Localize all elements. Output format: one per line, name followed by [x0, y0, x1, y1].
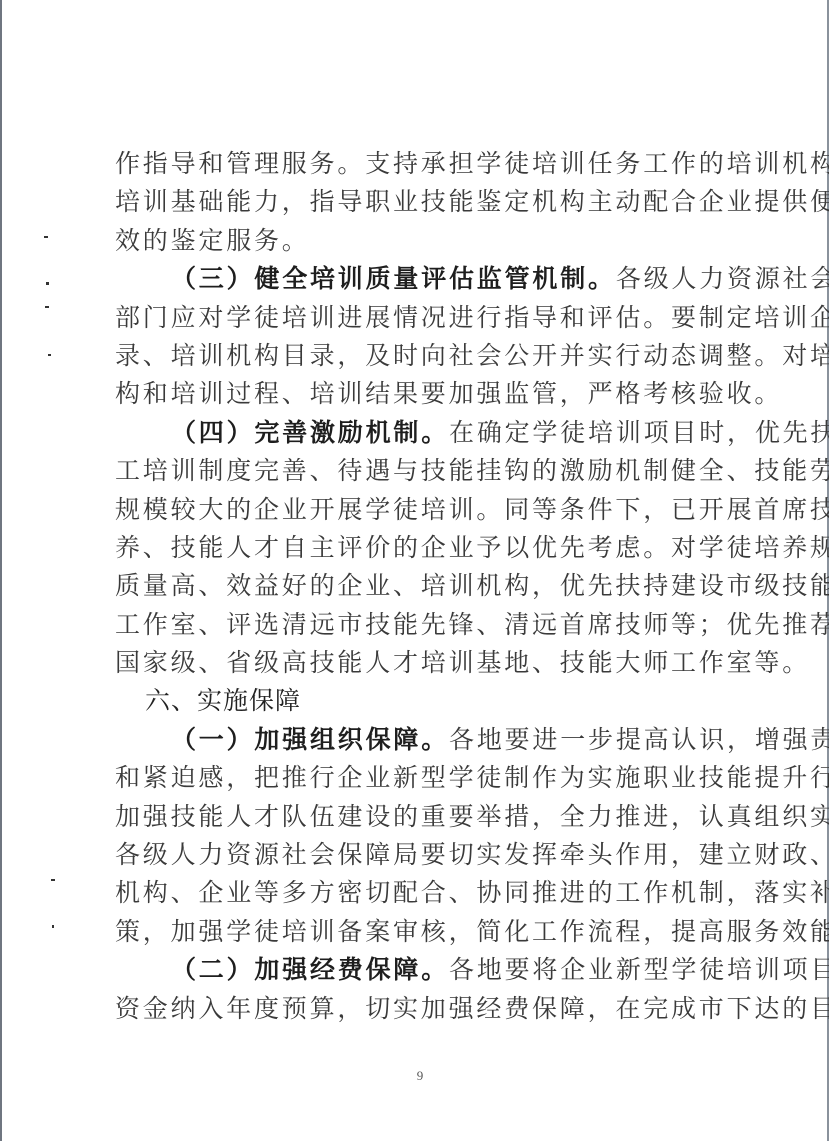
- scan-margin-mark: [45, 306, 49, 308]
- text-line: 质量高、效益好的企业、培训机构，优先扶持建设市级技能大师: [115, 567, 735, 605]
- scan-margin-mark: [51, 879, 55, 881]
- scan-margin-mark: [44, 236, 48, 238]
- paragraph-text: 各地要将企业新型学徒培训项目补贴: [449, 955, 829, 984]
- text-line: 加强技能人才队伍建设的重要举措，全力推进，认真组织实施。: [115, 798, 735, 836]
- text-line: 构和培训过程、培训结果要加强监管，严格考核验收。: [115, 375, 735, 413]
- scan-margin-mark: [48, 354, 51, 356]
- text-line: 策，加强学徒培训备案审核，简化工作流程，提高服务效能。: [115, 913, 735, 951]
- text-line: 录、培训机构目录，及时向社会公开并实行动态调整。对培训机: [115, 337, 735, 375]
- paragraph-text: 在确定学徒培训项目时，优先扶持职: [449, 418, 829, 447]
- text-line: 部门应对学徒培训进展情况进行指导和评估。要制定培训企业目: [115, 299, 735, 337]
- paragraph-title: （二）加强经费保障。: [171, 955, 449, 984]
- text-line: 作指导和管理服务。支持承担学徒培训任务工作的培训机构提升: [115, 145, 735, 183]
- paragraph-title: （三）健全培训质量评估监管机制。: [171, 264, 616, 293]
- text-line: 各级人力资源社会保障局要切实发挥牵头作用，建立财政、培训: [115, 836, 735, 874]
- text-line: 工作室、评选清远市技能先锋、清远首席技师等；优先推荐申报: [115, 606, 735, 644]
- text-line: 养、技能人才自主评价的企业予以优先考虑。对学徒培养规模大、: [115, 529, 735, 567]
- text-line: 国家级、省级高技能人才培训基地、技能大师工作室等。: [115, 644, 735, 682]
- scanned-page: 作指导和管理服务。支持承担学徒培训任务工作的培训机构提升 培训基础能力，指导职业…: [0, 0, 829, 1141]
- paragraph-start-incentive: （四）完善激励机制。在确定学徒培训项目时，优先扶持职: [115, 414, 735, 452]
- page-number: 9: [410, 1068, 430, 1084]
- paragraph-start-quality-supervision: （三）健全培训质量评估监管机制。各级人力资源社会保障: [115, 260, 735, 298]
- paragraph-start-funding: （二）加强经费保障。各地要将企业新型学徒培训项目补贴: [115, 951, 735, 989]
- text-line: 资金纳入年度预算，切实加强经费保障，在完成市下达的目标任: [115, 990, 735, 1028]
- text-line: 规模较大的企业开展学徒培训。同等条件下，已开展首席技师培: [115, 491, 735, 529]
- text-line: 工培训制度完善、待遇与技能挂钩的激励机制健全、技能劳动者: [115, 452, 735, 490]
- text-line: 机构、企业等多方密切配合、协同推进的工作机制，落实补贴政: [115, 874, 735, 912]
- paragraph-text: 各级人力资源社会保障: [616, 264, 829, 293]
- section-heading: 六、实施保障: [115, 682, 735, 720]
- paragraph-start-organization: （一）加强组织保障。各地要进一步提高认识，增强责任感: [115, 721, 735, 759]
- document-body: 作指导和管理服务。支持承担学徒培训任务工作的培训机构提升 培训基础能力，指导职业…: [115, 145, 735, 1028]
- paragraph-title: （四）完善激励机制。: [171, 418, 449, 447]
- text-line: 培训基础能力，指导职业技能鉴定机构主动配合企业提供便捷高: [115, 183, 735, 221]
- text-line: 效的鉴定服务。: [115, 222, 735, 260]
- scan-margin-mark: [46, 282, 49, 285]
- text-line: 和紧迫感，把推行企业新型学徒制作为实施职业技能提升行动、: [115, 759, 735, 797]
- paragraph-text: 各地要进一步提高认识，增强责任感: [449, 725, 829, 754]
- scan-margin-mark: [52, 925, 54, 928]
- paragraph-title: （一）加强组织保障。: [171, 725, 449, 754]
